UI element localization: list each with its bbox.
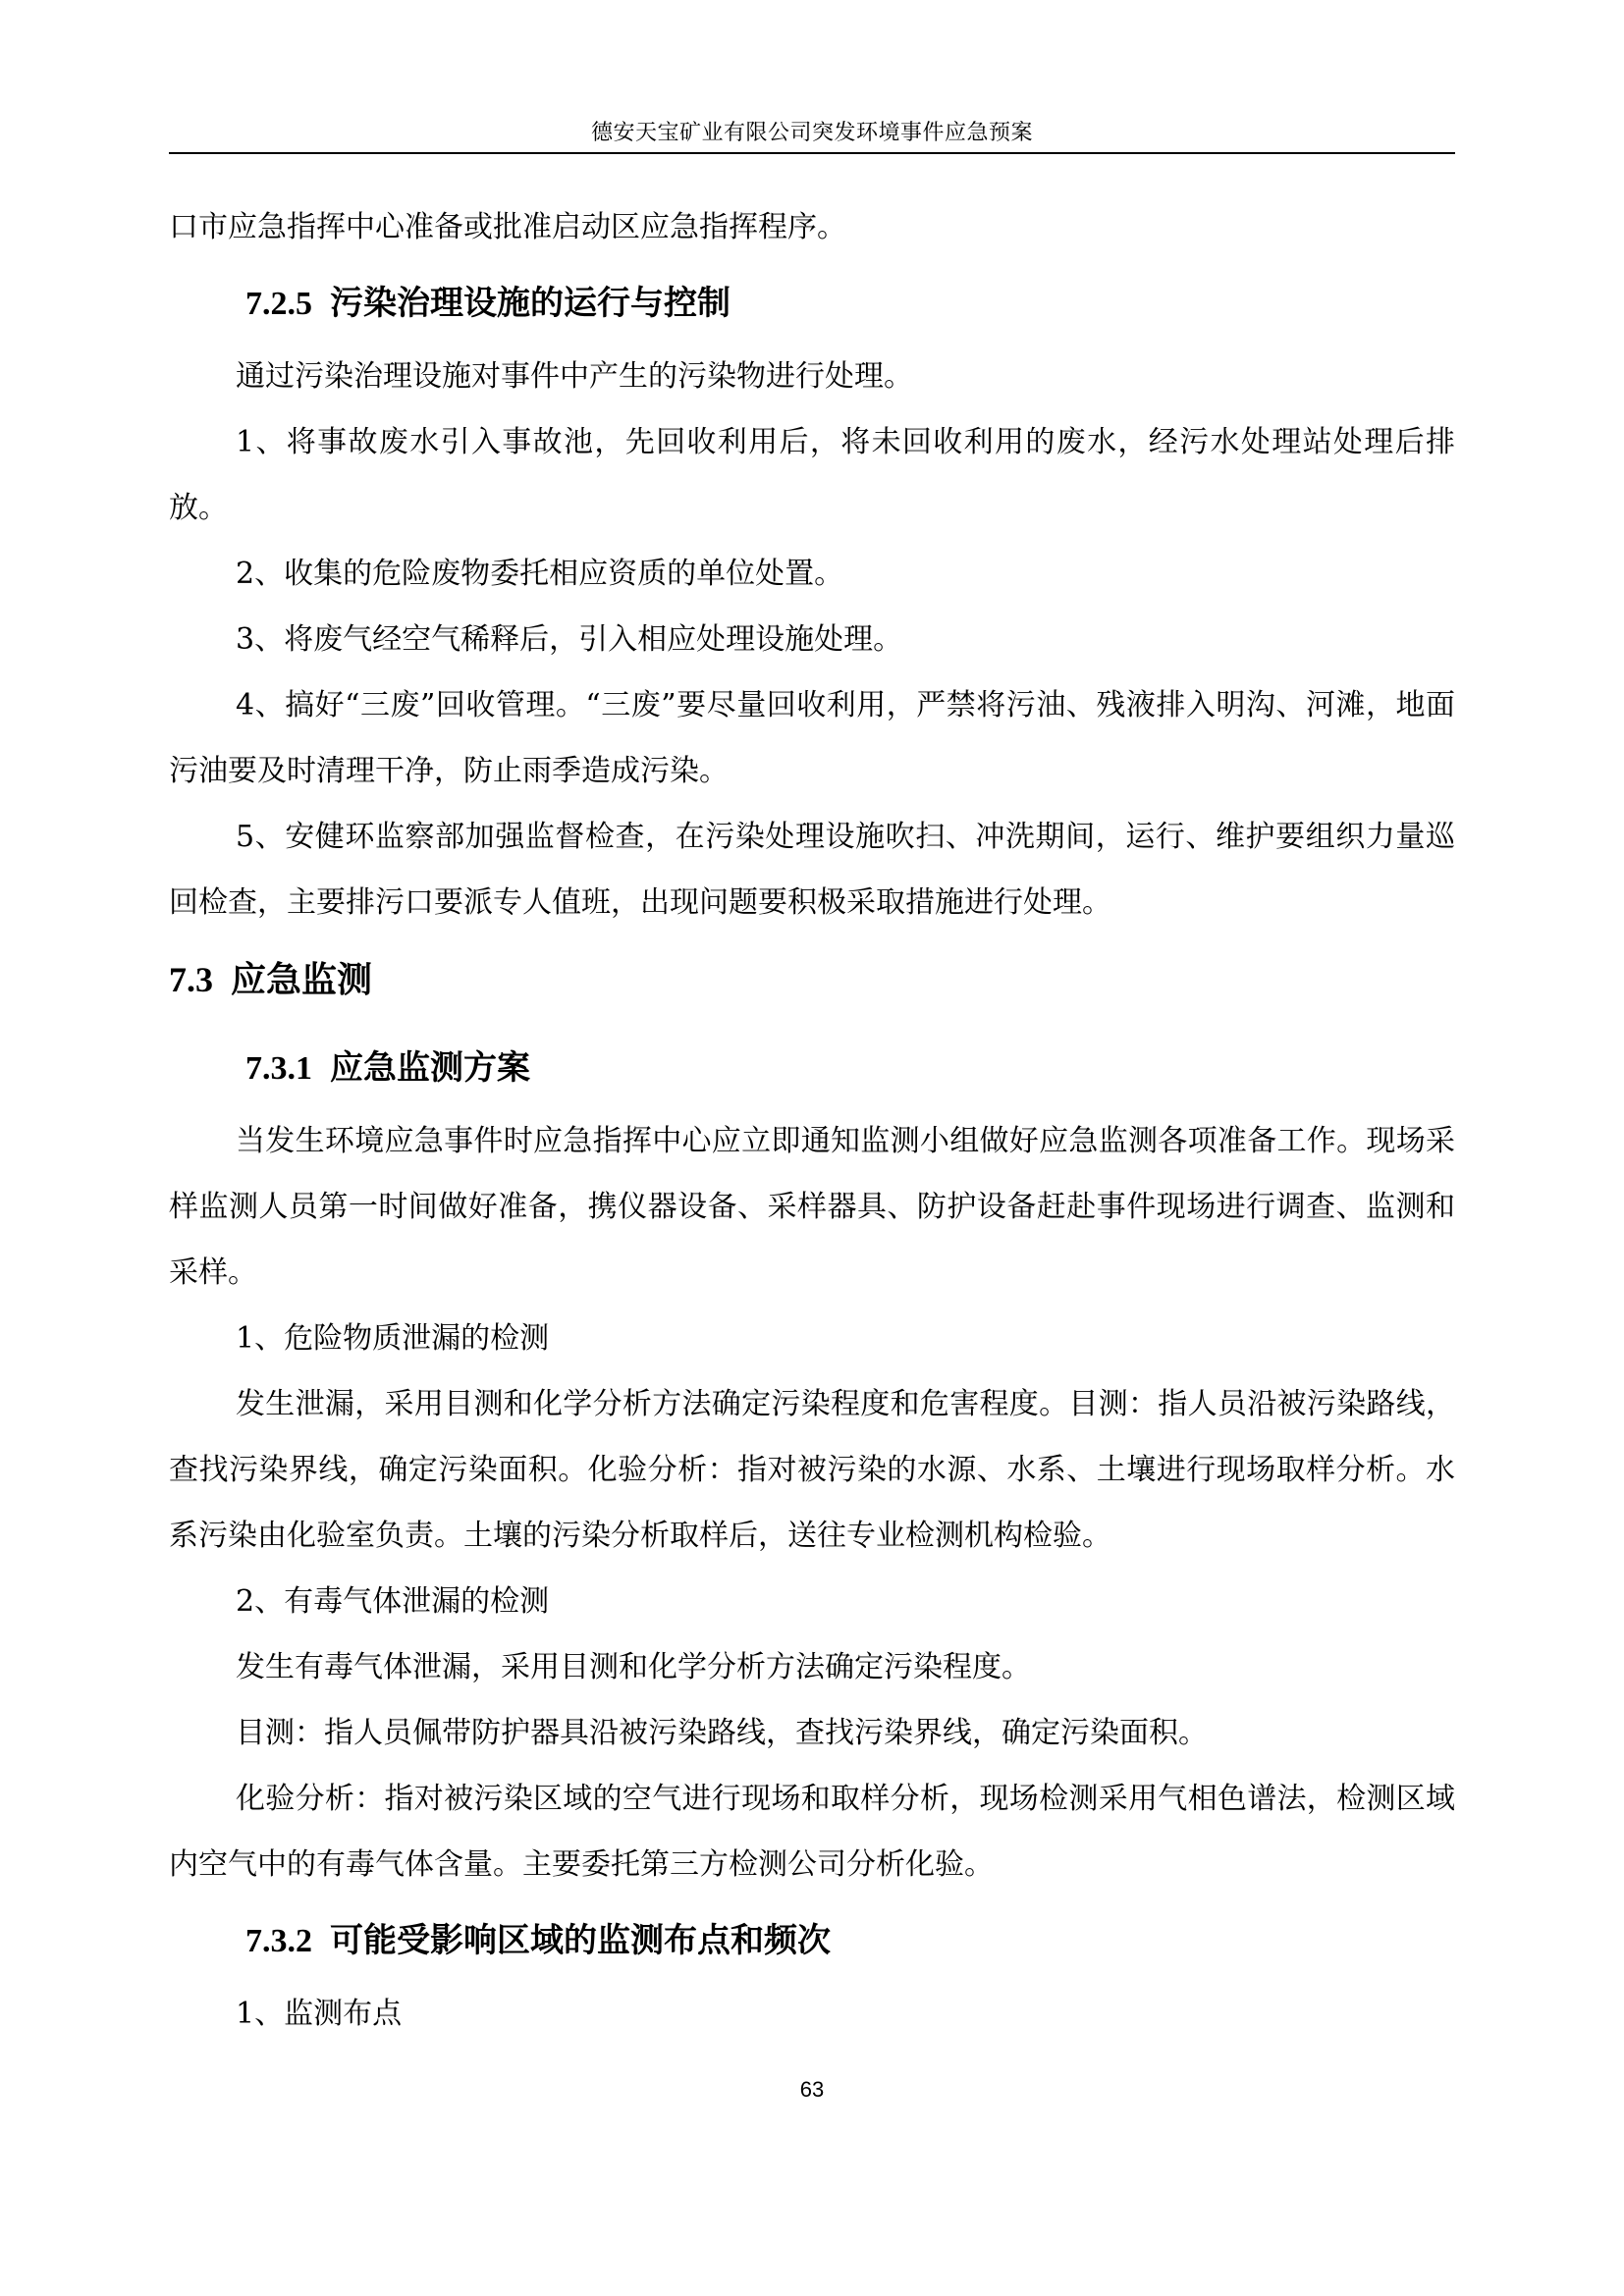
section-title: 应急监测方案 — [330, 1048, 530, 1088]
list-item: 1、将事故废水引入事故池，先回收利用后，将未回收利用的废水，经污水处理站处理后排… — [169, 409, 1455, 541]
subheading: 2、有毒气体泄漏的检测 — [169, 1569, 1455, 1634]
list-item: 2、收集的危险废物委托相应资质的单位处置。 — [169, 541, 1455, 607]
page-number: 63 — [0, 2077, 1624, 2103]
section-number: 7.3.2 — [245, 1923, 312, 1959]
subheading: 1、监测布点 — [169, 1981, 1455, 2047]
paragraph: 目测：指人员佩带防护器具沿被污染路线，查找污染界线，确定污染面积。 — [169, 1700, 1455, 1766]
subheading: 1、危险物质泄漏的检测 — [169, 1306, 1455, 1371]
section-number: 7.2.5 — [245, 286, 312, 322]
section-heading-7-3-1: 7.3.1应急监测方案 — [169, 1029, 1455, 1108]
page-content: 口市应急指挥中心准备或批准启动区应急指挥程序。 7.2.5污染治理设施的运行与控… — [169, 194, 1455, 2047]
paragraph: 化验分析：指对被污染区域的空气进行现场和取样分析，现场检测采用气相色谱法，检测区… — [169, 1766, 1455, 1897]
section-title: 污染治理设施的运行与控制 — [330, 284, 731, 323]
section-heading-7-3: 7.3应急监测 — [169, 935, 1455, 1025]
document-page: 德安天宝矿业有限公司突发环境事件应急预案 口市应急指挥中心准备或批准启动区应急指… — [0, 0, 1624, 2296]
section-number: 7.3 — [169, 960, 213, 999]
section-heading-7-3-2: 7.3.2可能受影响区域的监测布点和频次 — [169, 1901, 1455, 1981]
paragraph: 通过污染治理设施对事件中产生的污染物进行处理。 — [169, 344, 1455, 409]
section-number: 7.3.1 — [245, 1050, 312, 1087]
list-item: 4、搞好“三废”回收管理。“三废”要尽量回收利用，严禁将污油、残液排入明沟、河滩… — [169, 672, 1455, 804]
list-item: 5、安健环监察部加强监督检查，在污染处理设施吹扫、冲洗期间，运行、维护要组织力量… — [169, 804, 1455, 935]
paragraph: 发生有毒气体泄漏，采用目测和化学分析方法确定污染程度。 — [169, 1634, 1455, 1700]
continuation-paragraph: 口市应急指挥中心准备或批准启动区应急指挥程序。 — [169, 194, 1455, 260]
header-rule — [169, 152, 1455, 154]
paragraph: 当发生环境应急事件时应急指挥中心应立即通知监测小组做好应急监测各项准备工作。现场… — [169, 1108, 1455, 1306]
section-heading-7-2-5: 7.2.5污染治理设施的运行与控制 — [169, 264, 1455, 344]
section-title: 可能受影响区域的监测布点和频次 — [330, 1921, 831, 1960]
paragraph: 发生泄漏，采用目测和化学分析方法确定污染程度和危害程度。目测：指人员沿被污染路线… — [169, 1371, 1455, 1569]
section-title: 应急监测 — [231, 960, 372, 1000]
running-header: 德安天宝矿业有限公司突发环境事件应急预案 — [169, 116, 1455, 146]
list-item: 3、将废气经空气稀释后，引入相应处理设施处理。 — [169, 607, 1455, 672]
